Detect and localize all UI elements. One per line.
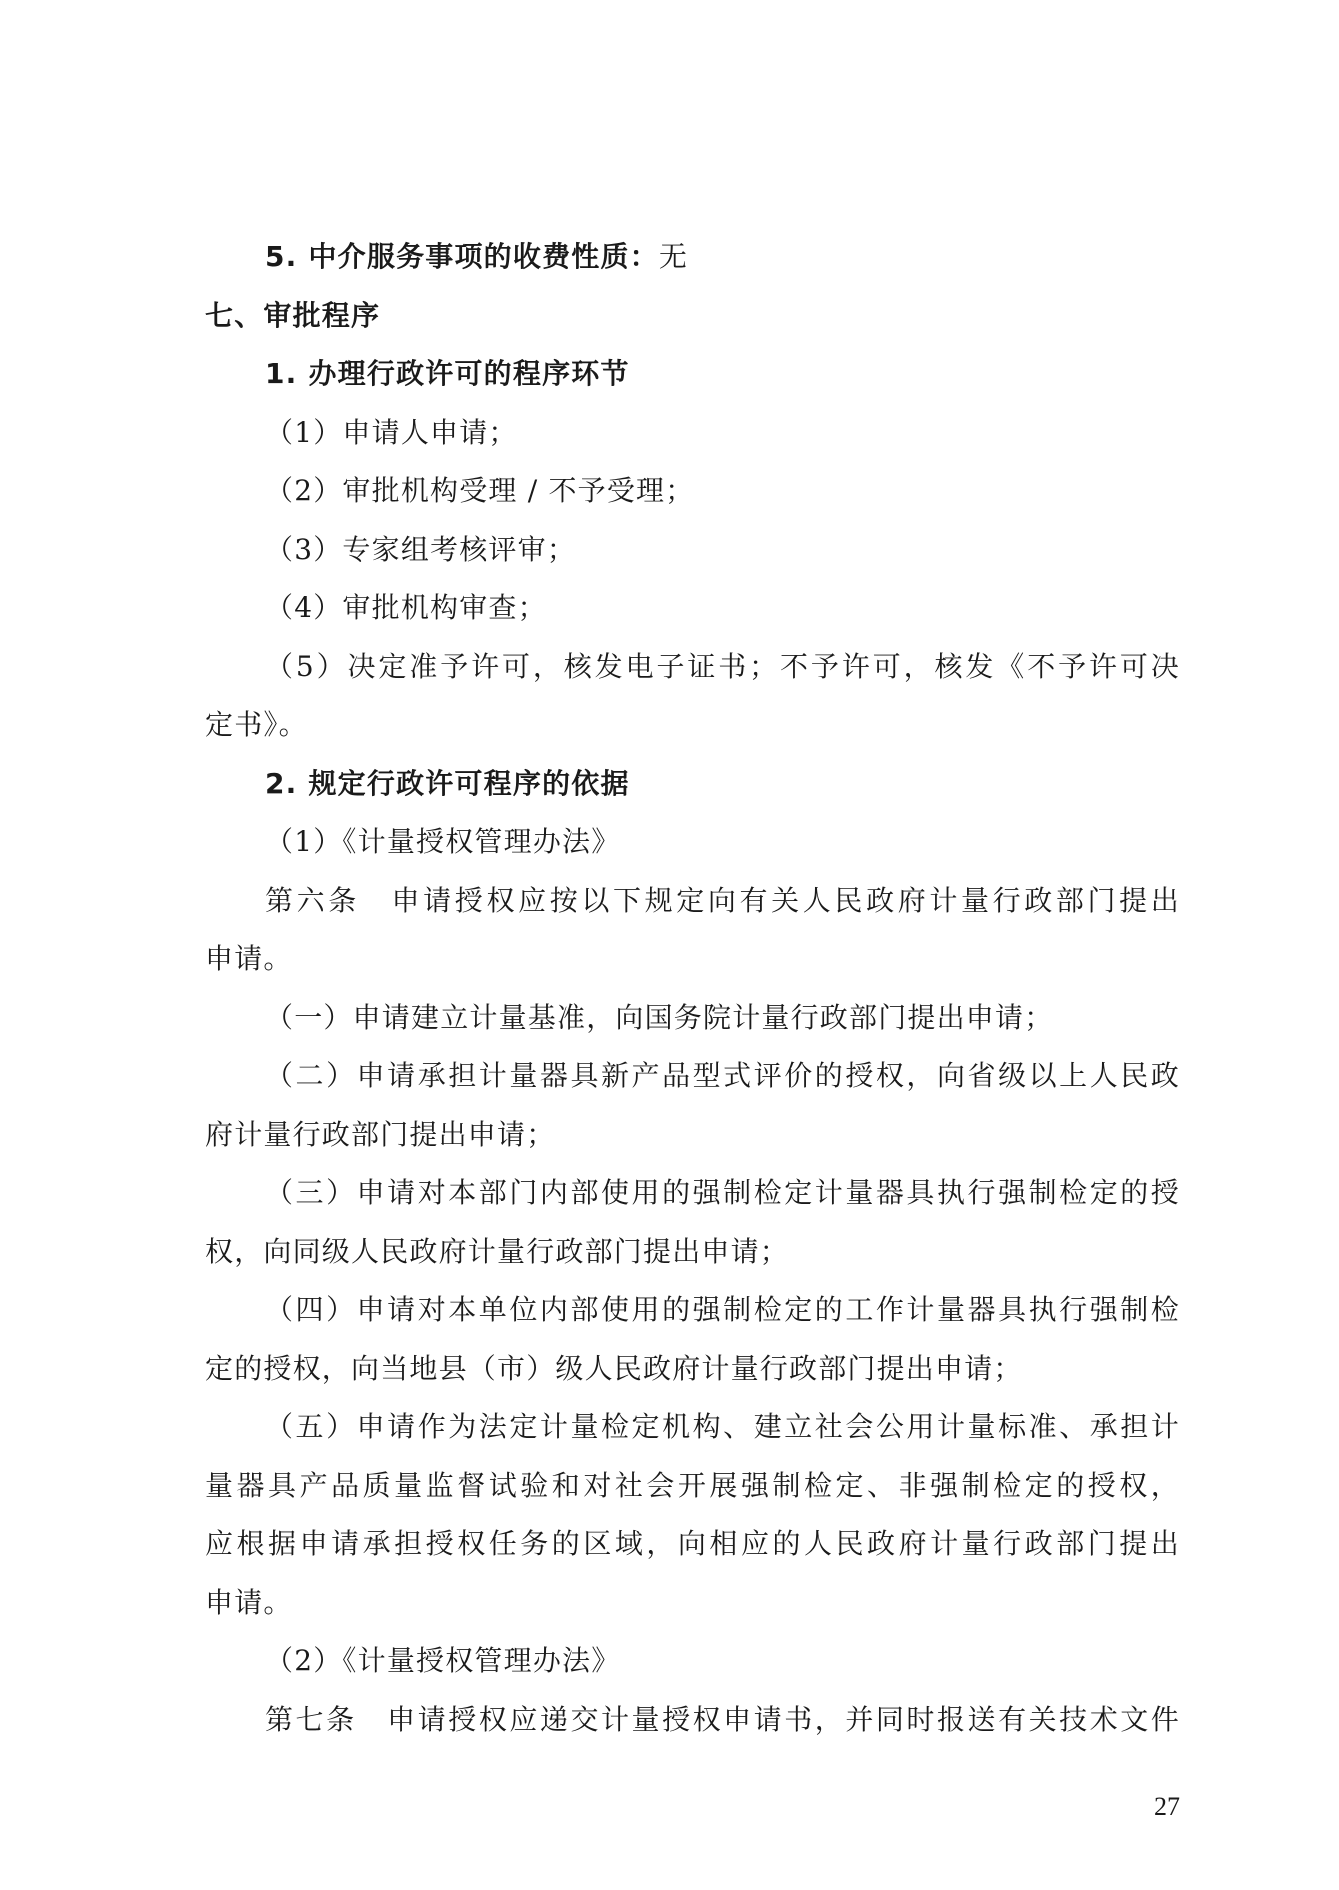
- procedure-step-5-line2: 定书》。: [205, 696, 1180, 755]
- fee-nature-item: 5. 中介服务事项的收费性质：无: [205, 228, 1180, 287]
- clause-1-line1: （一）申请建立计量基准，向国务院计量行政部门提出申请；: [205, 989, 1180, 1048]
- procedure-step-1: （1）申请人申请；: [205, 404, 1180, 463]
- fee-nature-value: 无: [659, 240, 688, 273]
- clause-5-line1: （五）申请作为法定计量检定机构、建立社会公用计量标准、承担计: [205, 1398, 1180, 1457]
- basis-2-title: （2）《计量授权管理办法》: [205, 1632, 1180, 1691]
- procedure-step-5-line1: （5）决定准予许可，核发电子证书；不予许可，核发《不予许可决: [205, 638, 1180, 697]
- clause-5-line4: 申请。: [205, 1574, 1180, 1633]
- page-number: 27: [1140, 1792, 1180, 1822]
- subheading-procedure-steps: 1. 办理行政许可的程序环节: [205, 345, 1180, 404]
- procedure-step-4: （4）审批机构审查；: [205, 579, 1180, 638]
- article-6-line1: 第六条 申请授权应按以下规定向有关人民政府计量行政部门提出: [205, 872, 1180, 931]
- clause-4-line2: 定的授权，向当地县（市）级人民政府计量行政部门提出申请；: [205, 1340, 1180, 1399]
- document-page: 5. 中介服务事项的收费性质：无 七、审批程序 1. 办理行政许可的程序环节 （…: [205, 228, 1180, 1749]
- basis-1-title: （1）《计量授权管理办法》: [205, 813, 1180, 872]
- clause-2-line1: （二）申请承担计量器具新产品型式评价的授权，向省级以上人民政: [205, 1047, 1180, 1106]
- procedure-step-3: （3）专家组考核评审；: [205, 521, 1180, 580]
- clause-3-line2: 权，向同级人民政府计量行政部门提出申请；: [205, 1223, 1180, 1282]
- article-7-line1: 第七条 申请授权应递交计量授权申请书，并同时报送有关技术文件: [205, 1691, 1180, 1750]
- clause-5-line2: 量器具产品质量监督试验和对社会开展强制检定、非强制检定的授权，: [205, 1457, 1180, 1516]
- clause-5-line3: 应根据申请承担授权任务的区域，向相应的人民政府计量行政部门提出: [205, 1515, 1180, 1574]
- section-heading-approval-procedure: 七、审批程序: [205, 287, 1180, 346]
- article-6-line2: 申请。: [205, 930, 1180, 989]
- procedure-step-2: （2）审批机构受理 / 不予受理；: [205, 462, 1180, 521]
- subheading-procedure-basis: 2. 规定行政许可程序的依据: [205, 755, 1180, 814]
- clause-4-line1: （四）申请对本单位内部使用的强制检定的工作计量器具执行强制检: [205, 1281, 1180, 1340]
- clause-3-line1: （三）申请对本部门内部使用的强制检定计量器具执行强制检定的授: [205, 1164, 1180, 1223]
- fee-nature-label: 5. 中介服务事项的收费性质：: [265, 240, 659, 273]
- clause-2-line2: 府计量行政部门提出申请；: [205, 1106, 1180, 1165]
